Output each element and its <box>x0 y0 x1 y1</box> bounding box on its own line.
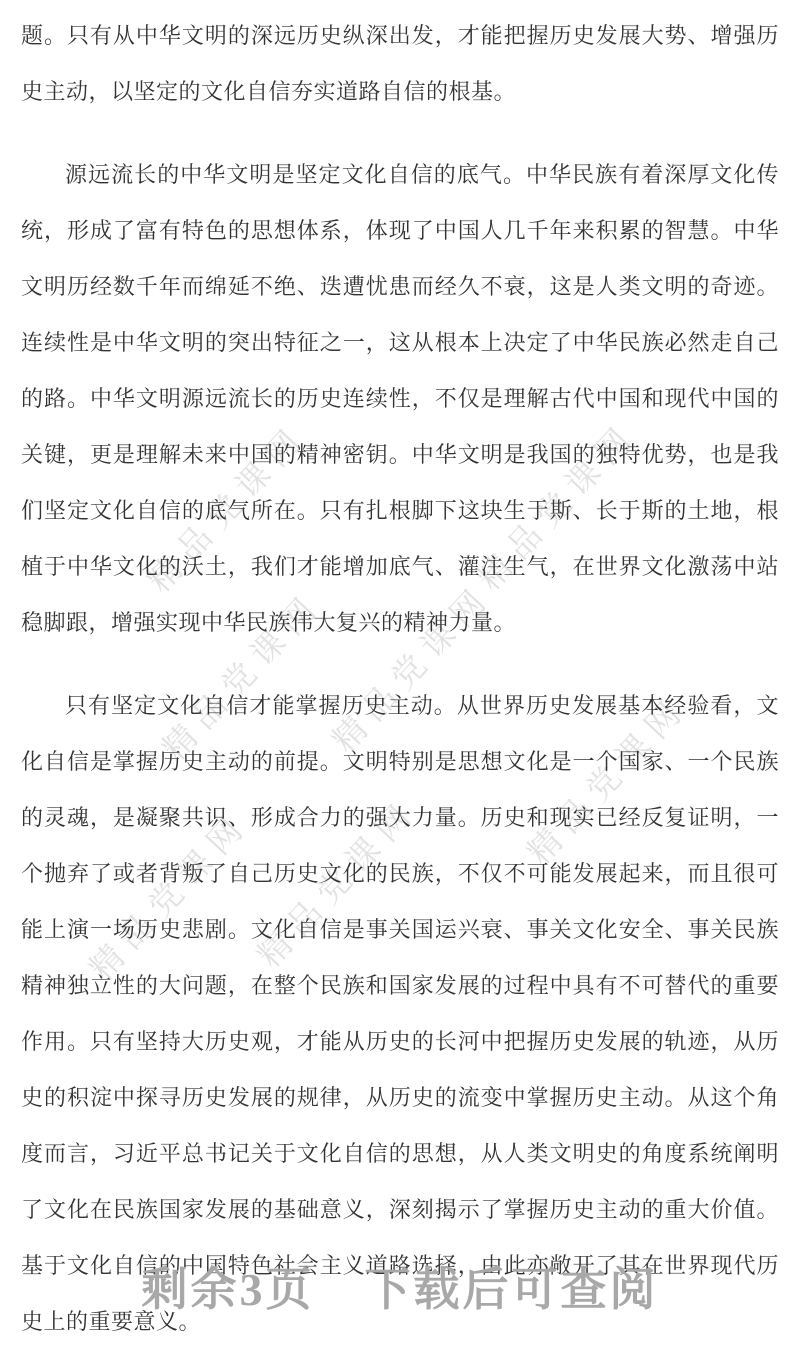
document-page: 精品党课网 精品党课网 精品党课网 精品党课网 精品党课网 精品党课网 精品党课… <box>0 0 800 1367</box>
preview-footer: 剩余3页 下载后可查阅 <box>0 1262 800 1318</box>
paragraph-cultural-confidence-foundation: 源远流长的中华文明是坚定文化自信的底气。中华民族有着深厚文化传统，形成了富有特色… <box>21 147 779 651</box>
document-body: 题。只有从中华文明的深远历史纵深出发，才能把握历史发展大势、增强历史主动，以坚定… <box>0 0 800 1350</box>
remaining-pages-label: 剩余3页 <box>142 1262 315 1318</box>
paragraph-historical-initiative: 只有坚定文化自信才能掌握历史主动。从世界历史发展基本经验看，文化自信是掌握历史主… <box>21 678 779 1350</box>
download-hint-label: 下载后可查阅 <box>365 1262 659 1318</box>
paragraph-continuation: 题。只有从中华文明的深远历史纵深出发，才能把握历史发展大势、增强历史主动，以坚定… <box>21 8 779 120</box>
